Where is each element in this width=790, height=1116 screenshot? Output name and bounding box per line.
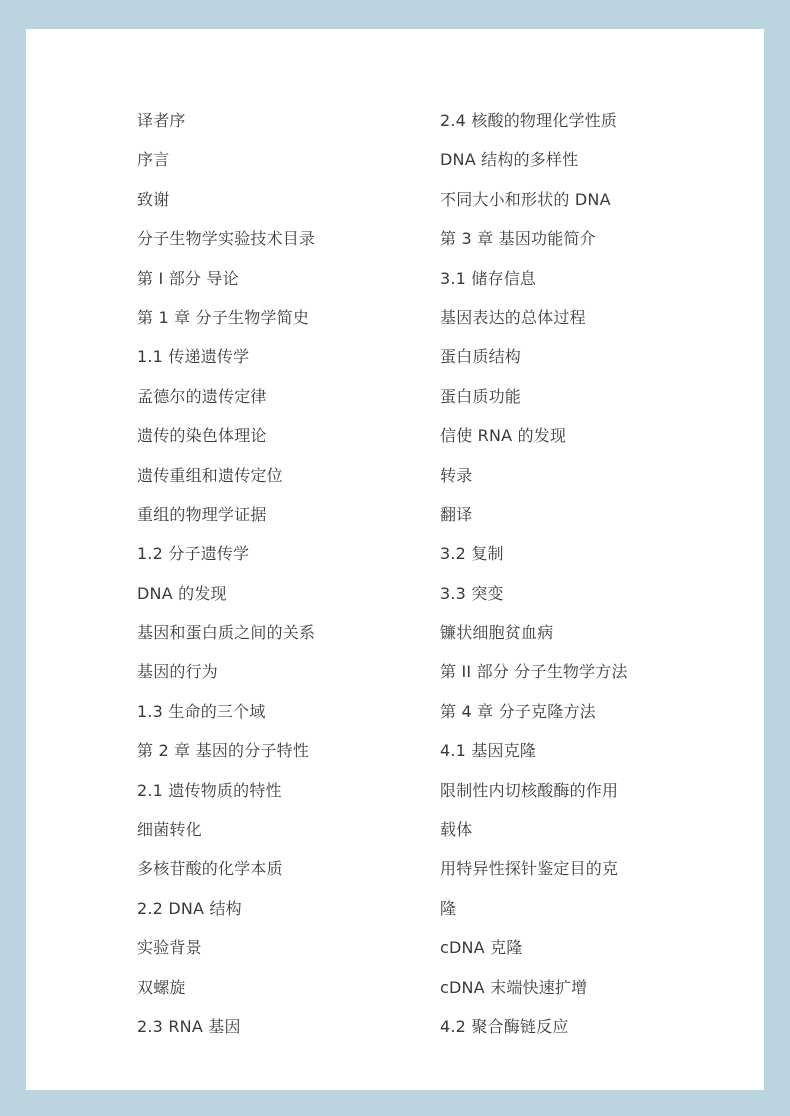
toc-page: 译者序 序言 致谢 分子生物学实验技术目录 第 I 部分 导论 第 1 章 分子…	[26, 29, 764, 1090]
